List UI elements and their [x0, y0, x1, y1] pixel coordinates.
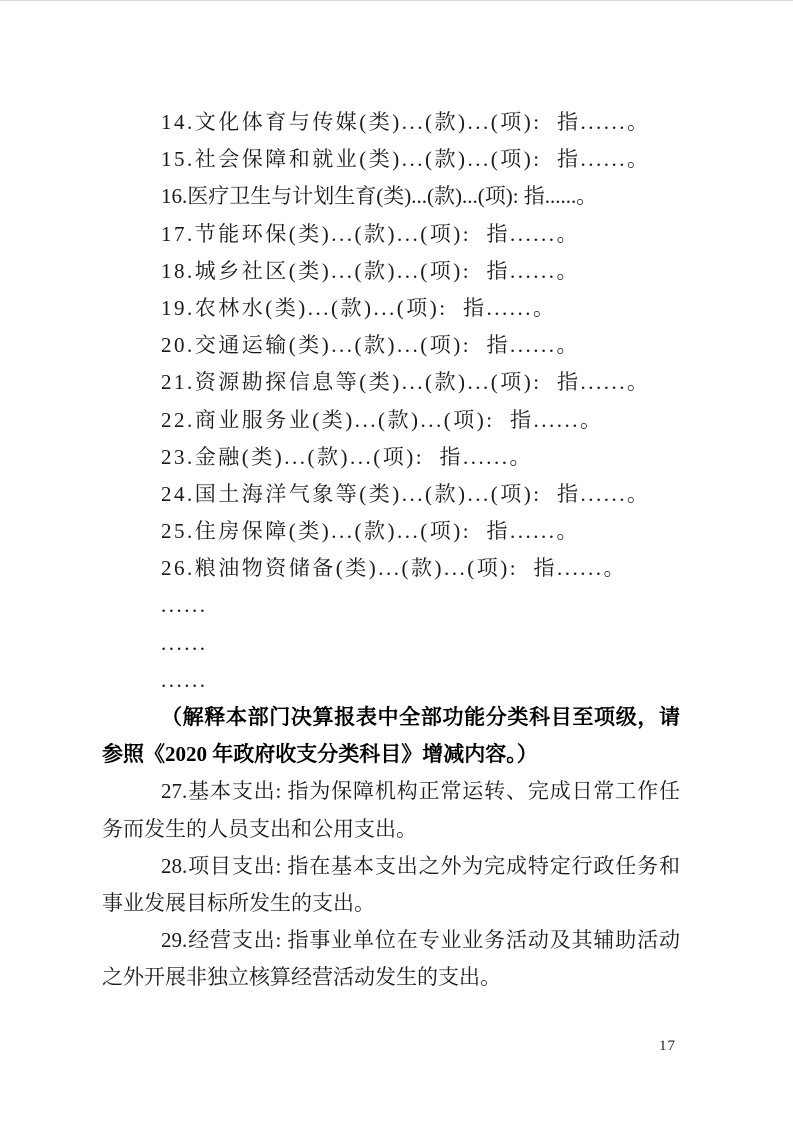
text-line: 29.经营支出: 指事业单位在专业业务活动及其辅助活动 [102, 922, 680, 959]
text-line: 20.交通运输(类)...(款)...(项): 指......。 [102, 327, 680, 364]
document-body: 14.文化体育与传媒(类)...(款)...(项): 指......。15.社会… [102, 104, 680, 997]
text-line: 17.节能环保(类)...(款)...(项): 指......。 [102, 216, 680, 253]
text-line: 27.基本支出: 指为保障机构正常运转、完成日常工作任 [102, 773, 680, 810]
text-line: 22.商业服务业(类)...(款)...(项): 指......。 [102, 402, 680, 439]
text-line: 16.医疗卫生与计划生育(类)...(款)...(项): 指......。 [102, 178, 680, 215]
ellipsis-line: ...... [102, 662, 680, 699]
text-line: 之外开展非独立核算经营活动发生的支出。 [102, 959, 680, 996]
text-line: 25.住房保障(类)...(款)...(项): 指......。 [102, 513, 680, 550]
text-line: （解释本部门决算报表中全部功能分类科目至项级，请 [102, 699, 680, 736]
document-page: 14.文化体育与传媒(类)...(款)...(项): 指......。15.社会… [0, 0, 793, 1122]
text-line: 14.文化体育与传媒(类)...(款)...(项): 指......。 [102, 104, 680, 141]
text-line: 事业发展目标所发生的支出。 [102, 885, 680, 922]
ellipsis-line: ...... [102, 587, 680, 624]
text-line: 参照《2020 年政府收支分类科目》增减内容。） [102, 736, 680, 773]
text-line: 23.金融(类)...(款)...(项): 指......。 [102, 439, 680, 476]
page-number: 17 [659, 1037, 676, 1055]
text-line: 26.粮油物资储备(类)...(款)...(项): 指......。 [102, 550, 680, 587]
text-line: 18.城乡社区(类)...(款)...(项): 指......。 [102, 253, 680, 290]
text-line: 21.资源勘探信息等(类)...(款)...(项): 指......。 [102, 364, 680, 401]
ellipsis-line: ...... [102, 625, 680, 662]
text-line: 19.农林水(类)...(款)...(项): 指......。 [102, 290, 680, 327]
text-line: 15.社会保障和就业(类)...(款)...(项): 指......。 [102, 141, 680, 178]
text-line: 28.项目支出: 指在基本支出之外为完成特定行政任务和 [102, 848, 680, 885]
text-line: 务而发生的人员支出和公用支出。 [102, 811, 680, 848]
page-top-edge [0, 0, 793, 1]
text-line: 24.国土海洋气象等(类)...(款)...(项): 指......。 [102, 476, 680, 513]
